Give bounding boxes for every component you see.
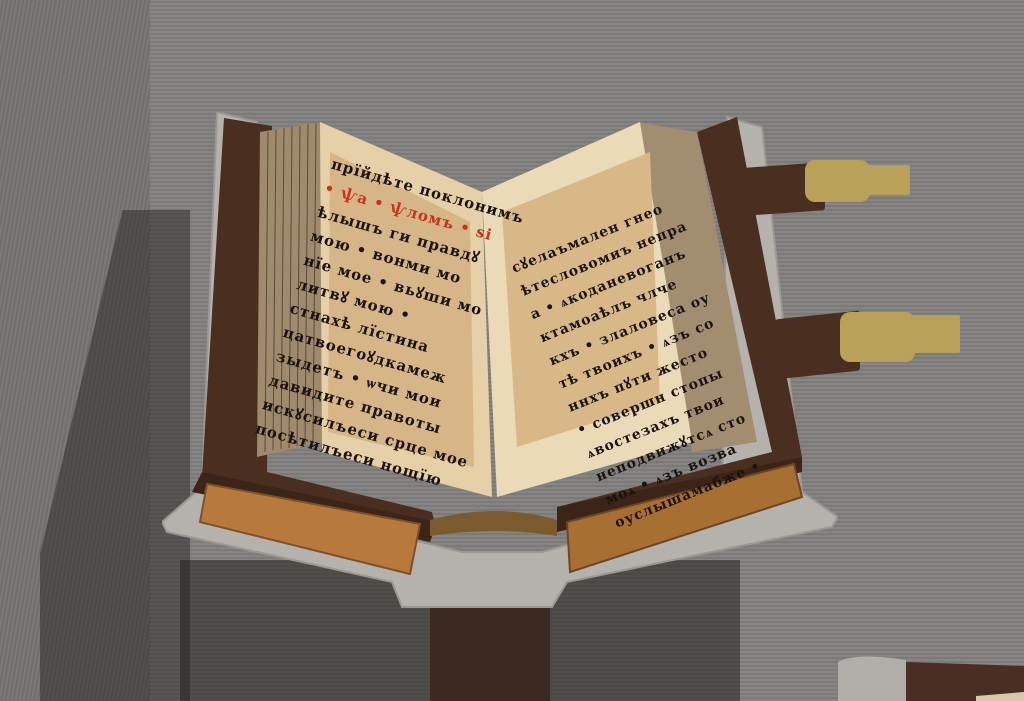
brass-clasp-upper	[805, 160, 870, 202]
brass-clasp-tongue-upper	[862, 165, 910, 195]
brass-clasp-tongue-lower	[905, 315, 960, 353]
museum-display-photo: прїйдѣте поклонимъ • ѱа • ѱломъ • ѕі ѣлы…	[0, 0, 1024, 701]
brass-clasp-lower	[840, 312, 915, 362]
adjacent-exhibit-corner	[836, 652, 1024, 701]
stand-post	[430, 600, 550, 701]
